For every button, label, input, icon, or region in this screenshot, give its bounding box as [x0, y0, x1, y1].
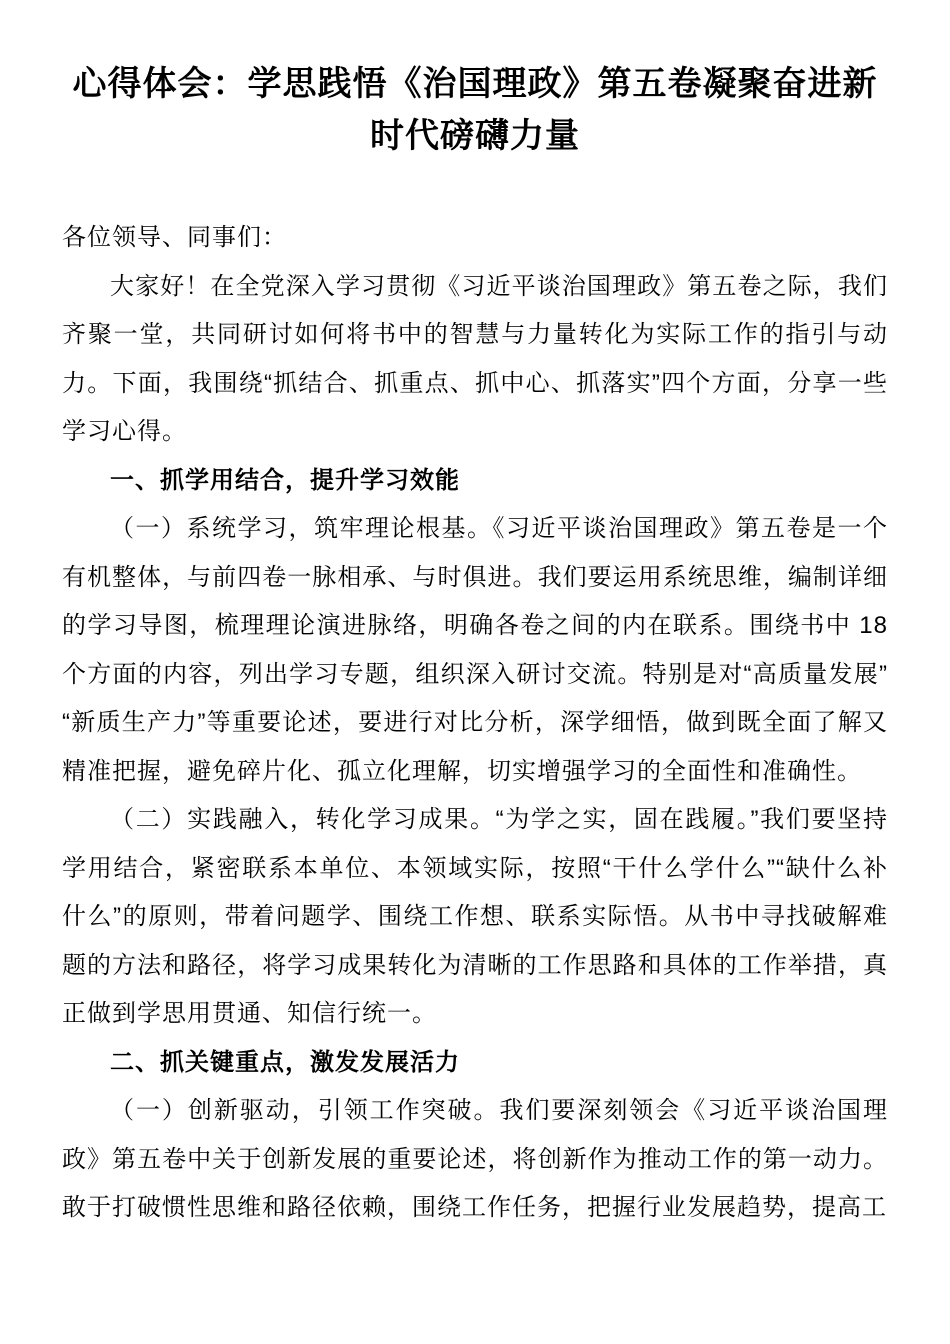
paragraph-1-2: （二）实践融入，转化学习成果。“为学之实，固在践履。”我们要坚持学用结合，紧密联… — [62, 796, 888, 1039]
document-page: 心得体会：学思践悟《治国理政》第五卷凝聚奋进新时代磅礴力量 各位领导、同事们： … — [0, 0, 950, 1344]
section-heading-2: 二、抓关键重点，激发发展活力 — [62, 1039, 888, 1088]
paragraph-1-1: （一）系统学习，筑牢理论根基。《习近平谈治国理政》第五卷是一个有机整体，与前四卷… — [62, 505, 888, 796]
paragraph-intro: 大家好！在全党深入学习贯彻《习近平谈治国理政》第五卷之际，我们齐聚一堂，共同研讨… — [62, 263, 888, 457]
salutation-line: 各位领导、同事们： — [62, 214, 888, 263]
section-heading-1: 一、抓学用结合，提升学习效能 — [62, 457, 888, 506]
document-title: 心得体会：学思践悟《治国理政》第五卷凝聚奋进新时代磅礴力量 — [62, 58, 888, 162]
paragraph-2-1: （一）创新驱动，引领工作突破。我们要深刻领会《习近平谈治国理政》第五卷中关于创新… — [62, 1087, 888, 1233]
